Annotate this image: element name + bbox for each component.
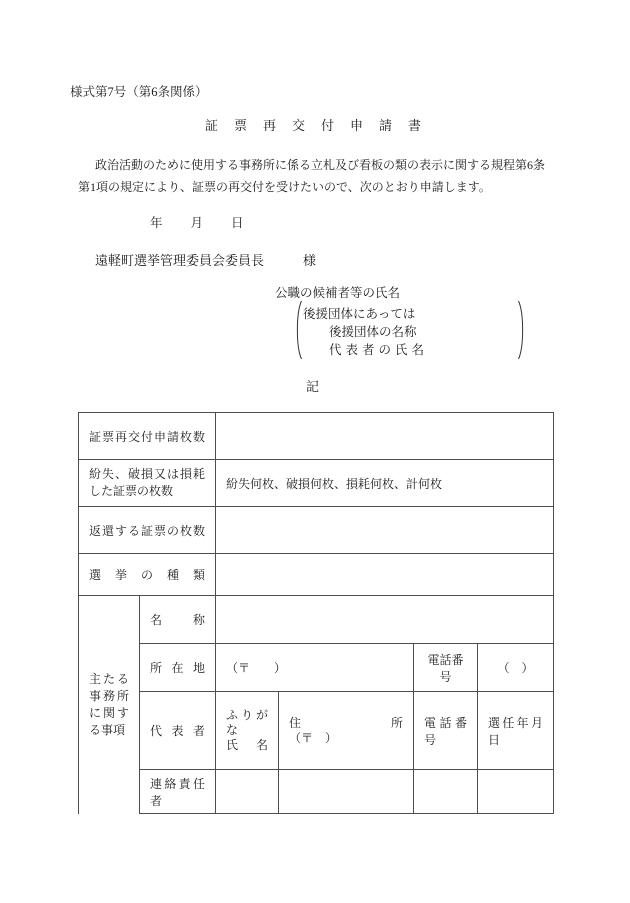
applicant-name-label: 公職の候補者等の氏名 <box>275 283 400 301</box>
contact-furigana-field <box>216 770 279 814</box>
representative-address-cell: 住所 （〒 ） <box>279 692 414 770</box>
name-label: 氏名 <box>226 738 268 753</box>
return-count-field <box>216 507 554 554</box>
office-name-label: 名称 <box>140 596 216 644</box>
representative-furigana-name-cell: ふりがな 氏名 <box>216 692 279 770</box>
body-paragraph-line2: 第1項の規定により、証票の再交付を受けたいので、次のとおり申請します。 <box>78 178 491 195</box>
record-heading: 記 <box>306 376 319 395</box>
table-row: 証票再交付申請枚数 <box>79 413 554 460</box>
main-office-section-label: 主たる事務所に関する事項 <box>79 596 140 814</box>
return-count-label: 返還する証票の枚数 <box>79 507 216 554</box>
table-row: 所在地 （〒 ） 電話番号 （ ） <box>79 644 554 692</box>
location-phone-label: 電話番号 <box>414 644 478 692</box>
election-type-label: 選挙の種類 <box>79 554 216 596</box>
contact-phone-field <box>414 770 478 814</box>
table-row: 代表者 ふりがな 氏名 住所 （〒 ） 電話番号 選任年月日 <box>79 692 554 770</box>
body-paragraph-line1: 政治活動のために使用する事務所に係る立札及び看板の類の表示に関する規程第6条 <box>95 156 545 173</box>
table-row: 返還する証票の枚数 <box>79 507 554 554</box>
right-bracket <box>517 300 527 360</box>
support-group-note-line: 代表者の氏名 <box>329 340 428 358</box>
representative-phone-label: 電話番号 <box>414 692 478 770</box>
table-row: 主たる事務所に関する事項 名称 <box>79 596 554 644</box>
address-postal-prefix: （〒 ） <box>289 731 403 746</box>
election-type-field <box>216 554 554 596</box>
address-label: 住所 <box>289 716 403 731</box>
reissue-count-label: 証票再交付申請枚数 <box>79 413 216 460</box>
table-row: 連絡責任者 <box>79 770 554 814</box>
addressee-honorific: 様 <box>303 250 316 269</box>
damaged-count-label: 紛失、破損又は損耗した証票の枚数 <box>79 460 216 507</box>
furigana-label: ふりがな <box>226 708 268 738</box>
support-group-note-line: 後援団体にあっては <box>303 304 415 322</box>
addressee: 遠軽町選挙管理委員会委員長 <box>95 250 264 269</box>
office-location-label: 所在地 <box>140 644 216 692</box>
table-row: 選挙の種類 <box>79 554 554 596</box>
office-name-field <box>216 596 554 644</box>
damaged-count-field: 紛失何枚、破損何枚、損耗何枚、計何枚 <box>216 460 554 507</box>
date-line: 年 月 日 <box>150 213 245 231</box>
contact-address-field <box>279 770 414 814</box>
document-page: 様式第7号（第6条関係） 証票再交付申請書 政治活動のために使用する事務所に係る… <box>0 0 630 903</box>
support-group-note-line: 後援団体の名称 <box>329 322 417 340</box>
reissue-count-field <box>216 413 554 460</box>
appointment-date-label: 選任年月日 <box>478 692 554 770</box>
contact-person-label: 連絡責任者 <box>140 770 216 814</box>
contact-date-field <box>478 770 554 814</box>
left-bracket <box>293 300 303 360</box>
form-number: 様式第7号（第6条関係） <box>70 82 208 100</box>
representative-label: 代表者 <box>140 692 216 770</box>
application-table: 証票再交付申請枚数 紛失、破損又は損耗した証票の枚数 紛失何枚、破損何枚、損耗何… <box>78 412 554 814</box>
office-location-field: （〒 ） <box>216 644 414 692</box>
table-row: 紛失、破損又は損耗した証票の枚数 紛失何枚、破損何枚、損耗何枚、計何枚 <box>79 460 554 507</box>
document-title: 証票再交付申請書 <box>205 115 437 134</box>
location-phone-field: （ ） <box>478 644 554 692</box>
